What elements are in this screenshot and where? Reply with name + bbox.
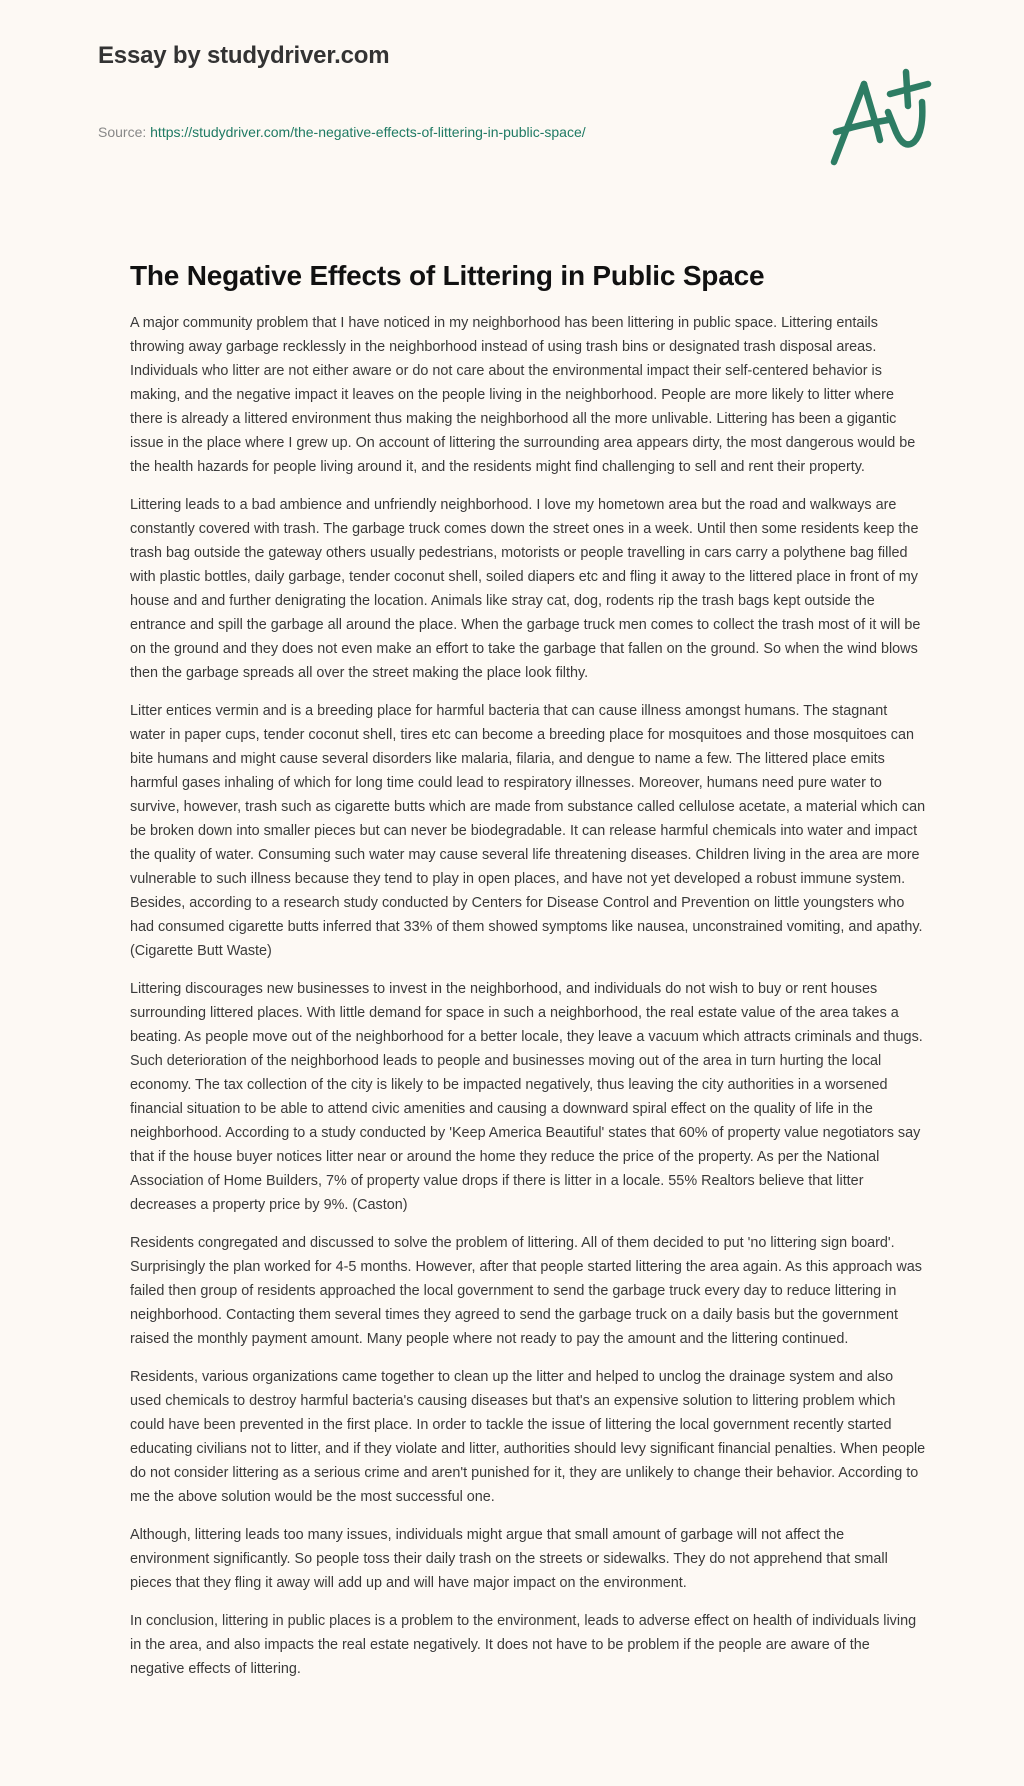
essay-paragraph: Although, littering leads too many issue… — [130, 1523, 926, 1595]
essay-paragraph: Litter entices vermin and is a breeding … — [130, 699, 926, 963]
a-plus-grade-icon — [822, 62, 942, 167]
essay-paragraph: Residents, various organizations came to… — [130, 1365, 926, 1509]
essay-paragraph: In conclusion, littering in public place… — [130, 1609, 926, 1681]
essay-article: The Negative Effects of Littering in Pub… — [0, 259, 1024, 1681]
essay-paragraph: Littering discourages new businesses to … — [130, 977, 926, 1217]
essay-body: A major community problem that I have no… — [130, 311, 926, 1681]
source-line: Source: https://studydriver.com/the-nega… — [98, 124, 586, 140]
essay-paragraph: Residents congregated and discussed to s… — [130, 1231, 926, 1351]
essay-paragraph: A major community problem that I have no… — [130, 311, 926, 479]
source-link[interactable]: https://studydriver.com/the-negative-eff… — [150, 124, 586, 140]
essay-paragraph: Littering leads to a bad ambience and un… — [130, 493, 926, 685]
source-label: Source: — [98, 124, 146, 140]
site-title: Essay by studydriver.com — [98, 42, 389, 70]
page-header: Essay by studydriver.com Source: https:/… — [0, 0, 1024, 225]
article-title: The Negative Effects of Littering in Pub… — [130, 259, 926, 293]
